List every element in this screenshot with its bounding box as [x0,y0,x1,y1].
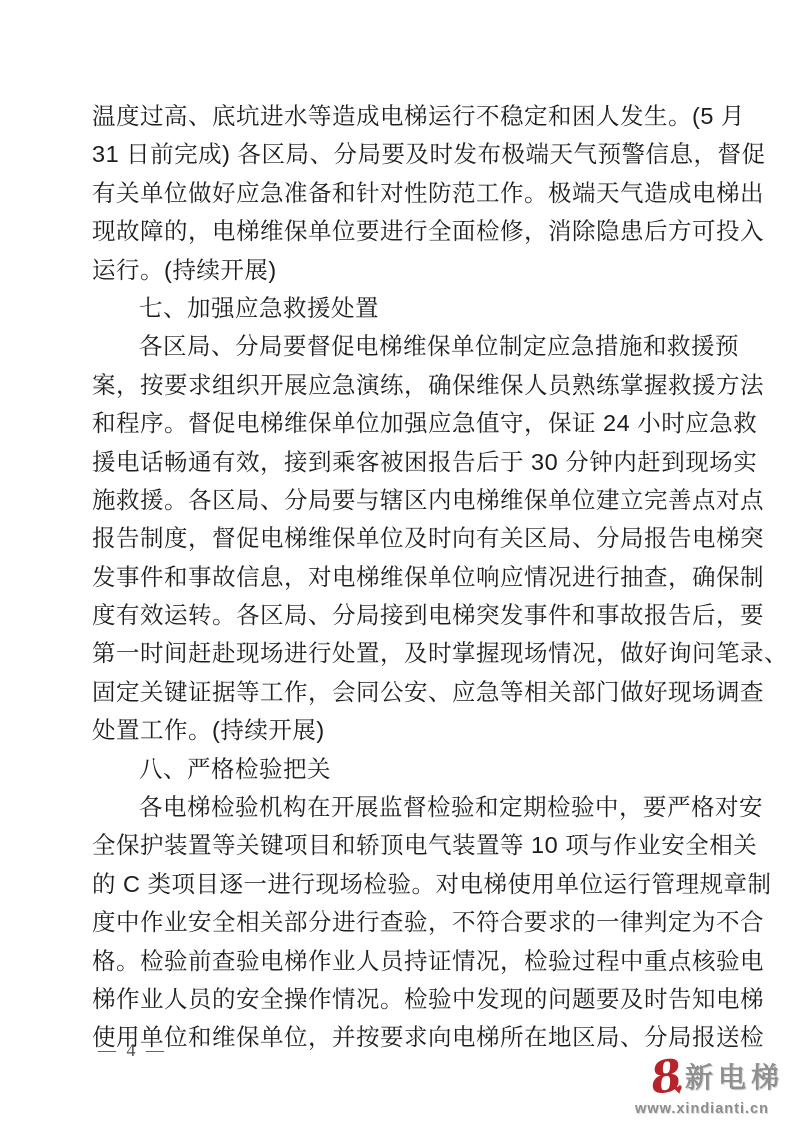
text-line: 运行。(持续开展) [92,251,710,289]
xindianti-watermark-logo: 8 ♥ 新电梯 www.xindianti.cn [616,1057,788,1117]
text-line: 施救援。各区局、分局要与辖区内电梯维保单位建立完善点对点 [92,481,710,519]
text-line: 发事件和事故信息，对电梯维保单位响应情况进行抽查，确保制 [92,558,710,596]
text-line: 和程序。督促电梯维保单位加强应急值守，保证 24 小时应急救 [92,404,710,442]
page-number: — 4 — [98,1040,167,1061]
text-line: 现故障的，电梯维保单位要进行全面检修，消除隐患后方可投入 [92,212,710,250]
text-line: 援电话畅通有效，接到乘客被困报告后于 30 分钟内赶到现场实 [92,443,710,481]
text-line: 的 C 类项目逐一进行现场检验。对电梯使用单位运行管理规章制 [92,865,710,903]
text-line: 31 日前完成) 各区局、分局要及时发布极端天气预警信息，督促 [92,135,710,173]
text-line: 八、严格检验把关 [92,750,710,788]
logo-brand-name: 新电梯 [685,1064,784,1092]
document-page: 温度过高、底坑进水等造成电梯运行不稳定和困人发生。(5 月31 日前完成) 各区… [0,0,800,1130]
text-line: 案，按要求组织开展应急演练，确保维保人员熟练掌握救援方法 [92,366,710,404]
text-line: 全保护装置等关键项目和轿顶电气装置等 10 项与作业安全相关 [92,826,710,864]
text-line: 使用单位和维保单位，并按要求向电梯所在地区局、分局报送检 [92,1018,710,1056]
logo-top-row: 8 ♥ 新电梯 [616,1057,788,1099]
text-line: 处置工作。(持续开展) [92,711,710,749]
text-line: 有关单位做好应急准备和针对性防范工作。极端天气造成电梯出 [92,174,710,212]
logo-website-url: www.xindianti.cn [616,1102,788,1117]
text-line: 报告制度，督促电梯维保单位及时向有关区局、分局报告电梯突 [92,519,710,557]
logo-8-icon: 8 ♥ [651,1057,679,1099]
text-line: 度有效运转。各区局、分局接到电梯突发事件和事故报告后，要 [92,596,710,634]
text-line: 格。检验前查验电梯作业人员持证情况，检验过程中重点核验电 [92,942,710,980]
document-body: 温度过高、底坑进水等造成电梯运行不稳定和困人发生。(5 月31 日前完成) 各区… [92,97,710,1057]
text-line: 度中作业安全相关部分进行查验，不符合要求的一律判定为不合 [92,903,710,941]
text-line: 各区局、分局要督促电梯维保单位制定应急措施和救援预 [92,327,710,365]
text-line: 固定关键证据等工作，会同公安、应急等相关部门做好现场调查 [92,673,710,711]
text-line: 梯作业人员的安全操作情况。检验中发现的问题要及时告知电梯 [92,980,710,1018]
text-line: 温度过高、底坑进水等造成电梯运行不稳定和困人发生。(5 月 [92,97,710,135]
text-line: 七、加强应急救援处置 [92,289,710,327]
text-line: 第一时间赶赴现场进行处置，及时掌握现场情况，做好询问笔录、 [92,634,710,672]
text-line: 各电梯检验机构在开展监督检验和定期检验中，要严格对安 [92,788,710,826]
